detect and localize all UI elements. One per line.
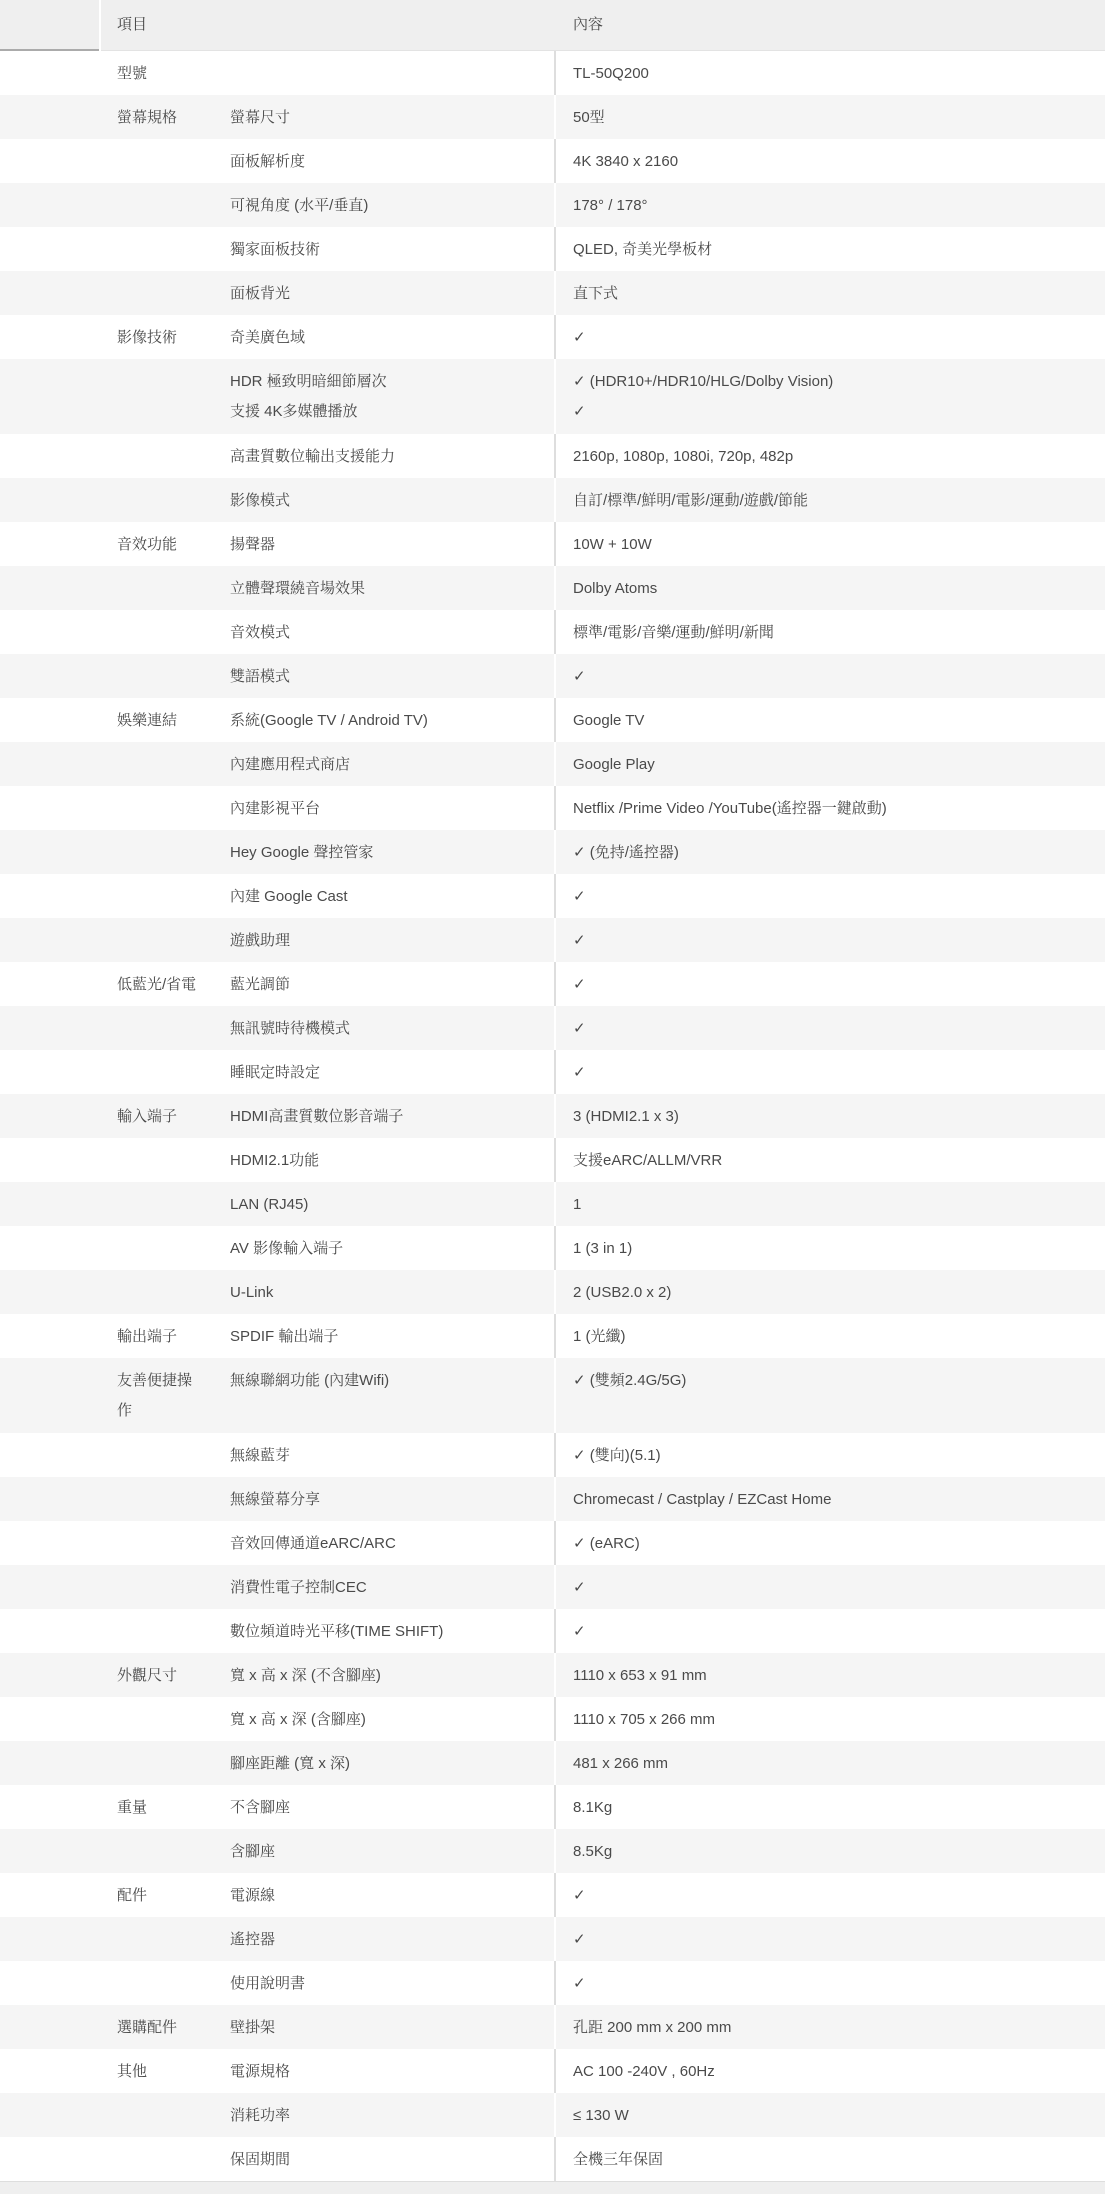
row-right-cell: 2160p, 1080p, 1080i, 720p, 482p	[554, 434, 1105, 478]
row-category: 其他	[117, 2061, 230, 2082]
header-spacer-underline	[0, 49, 99, 51]
spec-row: 消耗功率 ≤ 130 W	[0, 2093, 1105, 2137]
row-right-cell: 1 (光纖)	[554, 1314, 1105, 1358]
spec-row: 選購配件 壁掛架 孔距 200 mm x 200 mm	[0, 2005, 1105, 2049]
spec-table-header: 項目 內容	[0, 0, 1105, 51]
row-category: 娛樂連結	[117, 710, 230, 731]
row-right-cell: ✓	[554, 1917, 1105, 1961]
spec-row: 立體聲環繞音場效果 Dolby Atoms	[0, 566, 1105, 610]
row-right-cell: ✓	[554, 874, 1105, 918]
row-category: 輸入端子	[117, 1106, 230, 1127]
row-category: 選購配件	[117, 2017, 230, 2038]
row-value: 1110 x 705 x 266 mm	[573, 1709, 715, 1730]
spec-row: 遙控器 ✓	[0, 1917, 1105, 1961]
row-left-cell: HDR 極致明暗細節層次支援 4K多媒體播放	[0, 359, 554, 434]
row-item: 無線螢幕分享	[230, 1489, 554, 1510]
row-left-cell: 配件 電源線	[0, 1873, 554, 1917]
row-item: 內建影視平台	[230, 798, 554, 819]
row-value: 481 x 266 mm	[573, 1753, 668, 1774]
row-item: 系統(Google TV / Android TV)	[230, 710, 554, 731]
spec-row: 音效功能 揚聲器 10W + 10W	[0, 522, 1105, 566]
row-item: AV 影像輸入端子	[230, 1238, 554, 1259]
row-item: 無訊號時待機模式	[230, 1018, 554, 1039]
row-value-line1: ✓ (HDR10+/HDR10/HLG/Dolby Vision)	[573, 367, 833, 397]
row-left-cell: 寬 x 高 x 深 (含腳座)	[0, 1697, 554, 1741]
spec-row: 友善便捷操作 無線聯網功能 (內建Wifi) ✓ (雙頻2.4G/5G)	[0, 1358, 1105, 1433]
row-value: QLED, 奇美光學板材	[573, 239, 712, 260]
row-right-cell: ✓	[554, 654, 1105, 698]
row-right-cell: 50型	[554, 95, 1105, 139]
row-left-cell: 含腳座	[0, 1829, 554, 1873]
spec-row: 面板背光 直下式	[0, 271, 1105, 315]
row-value: Chromecast / Castplay / EZCast Home	[573, 1489, 831, 1510]
row-category: 低藍光/省電	[117, 974, 230, 995]
row-left-cell: 音效模式	[0, 610, 554, 654]
row-item: 消耗功率	[230, 2105, 554, 2126]
row-right-cell: 支援eARC/ALLM/VRR	[554, 1138, 1105, 1182]
row-left-cell: 使用說明書	[0, 1961, 554, 2005]
row-value: Google Play	[573, 754, 655, 775]
spec-row: 寬 x 高 x 深 (含腳座) 1110 x 705 x 266 mm	[0, 1697, 1105, 1741]
spec-table-body: 型號 TL-50Q200 螢幕規格 螢幕尺寸 50型 面板解析度 4K 3840…	[0, 51, 1105, 2181]
row-right-cell: 1110 x 653 x 91 mm	[554, 1653, 1105, 1697]
spec-row: 消費性電子控制CEC ✓	[0, 1565, 1105, 1609]
row-item: 獨家面板技術	[230, 239, 554, 260]
row-category: 影像技術	[117, 327, 230, 348]
row-value: ✓	[573, 327, 586, 348]
spec-row: 無線螢幕分享 Chromecast / Castplay / EZCast Ho…	[0, 1477, 1105, 1521]
row-left-cell: LAN (RJ45)	[0, 1182, 554, 1226]
row-right-cell: ✓	[554, 1565, 1105, 1609]
row-left-cell: 無線螢幕分享	[0, 1477, 554, 1521]
row-left-cell: 遙控器	[0, 1917, 554, 1961]
spec-row: 低藍光/省電 藍光調節 ✓	[0, 962, 1105, 1006]
row-value: 1	[573, 1194, 581, 1215]
header-item-column-label: 項目	[117, 0, 147, 50]
row-value: ✓	[573, 930, 586, 951]
row-category: 型號	[117, 63, 230, 84]
spec-row: 音效模式 標準/電影/音樂/運動/鮮明/新聞	[0, 610, 1105, 654]
row-right-cell: Dolby Atoms	[554, 566, 1105, 610]
header-content-column-label: 內容	[573, 0, 603, 50]
spec-row: U-Link 2 (USB2.0 x 2)	[0, 1270, 1105, 1314]
row-item: 音效模式	[230, 622, 554, 643]
row-item: HDMI高畫質數位影音端子	[230, 1106, 554, 1127]
row-category: 外觀尺寸	[117, 1665, 230, 1686]
row-left-cell: 輸出端子 SPDIF 輸出端子	[0, 1314, 554, 1358]
row-right-cell: 全機三年保固	[554, 2137, 1105, 2181]
row-right-cell: ✓	[554, 1873, 1105, 1917]
row-right-cell: ✓	[554, 1609, 1105, 1653]
row-value: TL-50Q200	[573, 63, 649, 84]
row-left-cell: 無訊號時待機模式	[0, 1006, 554, 1050]
row-item: 睡眠定時設定	[230, 1062, 554, 1083]
row-item: 消費性電子控制CEC	[230, 1577, 554, 1598]
row-value: ✓ (HDR10+/HDR10/HLG/Dolby Vision)✓	[573, 367, 833, 427]
row-item: 立體聲環繞音場效果	[230, 578, 554, 599]
row-item: 壁掛架	[230, 2017, 554, 2038]
row-value: 50型	[573, 107, 605, 128]
row-left-cell: 外觀尺寸 寬 x 高 x 深 (不含腳座)	[0, 1653, 554, 1697]
spec-row: 內建應用程式商店 Google Play	[0, 742, 1105, 786]
row-category: 輸出端子	[117, 1326, 230, 1347]
row-value: ≤ 130 W	[573, 2105, 629, 2126]
row-item: 數位頻道時光平移(TIME SHIFT)	[230, 1621, 554, 1642]
row-left-cell: 高畫質數位輸出支援能力	[0, 434, 554, 478]
row-left-cell: 內建影視平台	[0, 786, 554, 830]
row-item: 藍光調節	[230, 974, 554, 995]
row-item: 螢幕尺寸	[230, 107, 554, 128]
row-value: 3 (HDMI2.1 x 3)	[573, 1106, 679, 1127]
row-item: 寬 x 高 x 深 (不含腳座)	[230, 1665, 554, 1686]
row-value: 1 (光纖)	[573, 1326, 626, 1347]
spec-row: 可視角度 (水平/垂直) 178° / 178°	[0, 183, 1105, 227]
row-right-cell: ✓ (免持/遙控器)	[554, 830, 1105, 874]
row-right-cell: 3 (HDMI2.1 x 3)	[554, 1094, 1105, 1138]
spec-row: 螢幕規格 螢幕尺寸 50型	[0, 95, 1105, 139]
row-item: 面板解析度	[230, 151, 554, 172]
row-item: 電源規格	[230, 2061, 554, 2082]
row-item: 遊戲助理	[230, 930, 554, 951]
row-value: 10W + 10W	[573, 534, 652, 555]
row-item: HDMI2.1功能	[230, 1150, 554, 1171]
row-value: 8.5Kg	[573, 1841, 612, 1862]
row-value: ✓	[573, 1018, 586, 1039]
row-right-cell: 孔距 200 mm x 200 mm	[554, 2005, 1105, 2049]
row-value: Google TV	[573, 710, 644, 731]
row-value: ✓	[573, 1062, 586, 1083]
row-right-cell: ✓	[554, 1050, 1105, 1094]
row-item: 遙控器	[230, 1929, 554, 1950]
row-item-line1: HDR 極致明暗細節層次	[230, 367, 542, 397]
spec-row: 腳座距離 (寬 x 深) 481 x 266 mm	[0, 1741, 1105, 1785]
row-item: U-Link	[230, 1282, 554, 1303]
row-right-cell: 481 x 266 mm	[554, 1741, 1105, 1785]
row-right-cell: 8.5Kg	[554, 1829, 1105, 1873]
bottom-section-strip	[0, 2181, 1105, 2194]
row-left-cell: 影像技術 奇美廣色域	[0, 315, 554, 359]
row-right-cell: TL-50Q200	[554, 51, 1105, 95]
row-left-cell: 音效回傳通道eARC/ARC	[0, 1521, 554, 1565]
row-right-cell: ✓ (雙頻2.4G/5G)	[554, 1358, 1105, 1433]
row-left-cell: U-Link	[0, 1270, 554, 1314]
row-item: 腳座距離 (寬 x 深)	[230, 1753, 554, 1774]
row-value: Dolby Atoms	[573, 578, 657, 599]
row-left-cell: 消耗功率	[0, 2093, 554, 2137]
row-item: 寬 x 高 x 深 (含腳座)	[230, 1709, 554, 1730]
row-value: 支援eARC/ALLM/VRR	[573, 1150, 722, 1171]
spec-row: 配件 電源線 ✓	[0, 1873, 1105, 1917]
row-right-cell: ✓	[554, 962, 1105, 1006]
spec-row: 保固期間 全機三年保固	[0, 2137, 1105, 2181]
spec-row: 獨家面板技術 QLED, 奇美光學板材	[0, 227, 1105, 271]
row-value: 178° / 178°	[573, 195, 648, 216]
row-left-cell: 無線藍芽	[0, 1433, 554, 1477]
row-value: ✓ (雙頻2.4G/5G)	[573, 1366, 686, 1396]
row-value: AC 100 -240V , 60Hz	[573, 2061, 715, 2082]
spec-row: 外觀尺寸 寬 x 高 x 深 (不含腳座) 1110 x 653 x 91 mm	[0, 1653, 1105, 1697]
spec-row: HDR 極致明暗細節層次支援 4K多媒體播放 ✓ (HDR10+/HDR10/H…	[0, 359, 1105, 434]
row-right-cell: 4K 3840 x 2160	[554, 139, 1105, 183]
spec-row: 雙語模式 ✓	[0, 654, 1105, 698]
row-value: ✓	[573, 974, 586, 995]
row-item: 使用說明書	[230, 1973, 554, 1994]
row-value: ✓	[573, 886, 586, 907]
row-value: 直下式	[573, 283, 618, 304]
row-left-cell: 型號	[0, 51, 554, 95]
row-left-cell: 選購配件 壁掛架	[0, 2005, 554, 2049]
row-right-cell: ✓	[554, 315, 1105, 359]
row-left-cell: 面板背光	[0, 271, 554, 315]
row-category: 配件	[117, 1885, 230, 1906]
row-value: 8.1Kg	[573, 1797, 612, 1818]
row-right-cell: 直下式	[554, 271, 1105, 315]
row-right-cell: 1	[554, 1182, 1105, 1226]
row-left-cell: 輸入端子 HDMI高畫質數位影音端子	[0, 1094, 554, 1138]
row-right-cell: ✓	[554, 918, 1105, 962]
row-left-cell: 音效功能 揚聲器	[0, 522, 554, 566]
row-item: 面板背光	[230, 283, 554, 304]
row-value: ✓ (免持/遙控器)	[573, 842, 679, 863]
row-value: 全機三年保固	[573, 2149, 663, 2170]
row-value: 4K 3840 x 2160	[573, 151, 678, 172]
spec-row: 無訊號時待機模式 ✓	[0, 1006, 1105, 1050]
row-right-cell: 178° / 178°	[554, 183, 1105, 227]
row-value: ✓ (eARC)	[573, 1533, 640, 1554]
row-item: LAN (RJ45)	[230, 1194, 554, 1215]
row-left-cell: AV 影像輸入端子	[0, 1226, 554, 1270]
row-category: 重量	[117, 1797, 230, 1818]
row-item: 揚聲器	[230, 534, 554, 555]
row-category: 螢幕規格	[117, 107, 230, 128]
row-right-cell: Google TV	[554, 698, 1105, 742]
row-item: 無線聯網功能 (內建Wifi)	[230, 1366, 554, 1396]
row-left-cell: 低藍光/省電 藍光調節	[0, 962, 554, 1006]
row-right-cell: ✓ (HDR10+/HDR10/HLG/Dolby Vision)✓	[554, 359, 1105, 434]
row-value: 自訂/標準/鮮明/電影/運動/遊戲/節能	[573, 490, 808, 511]
spec-row: 重量 不含腳座 8.1Kg	[0, 1785, 1105, 1829]
row-left-cell: 內建應用程式商店	[0, 742, 554, 786]
row-value: 標準/電影/音樂/運動/鮮明/新聞	[573, 622, 774, 643]
row-value: 孔距 200 mm x 200 mm	[573, 2017, 731, 2038]
row-left-cell: 數位頻道時光平移(TIME SHIFT)	[0, 1609, 554, 1653]
row-left-cell: 友善便捷操作 無線聯網功能 (內建Wifi)	[0, 1358, 554, 1433]
row-right-cell: 2 (USB2.0 x 2)	[554, 1270, 1105, 1314]
row-item: 含腳座	[230, 1841, 554, 1862]
row-item: Hey Google 聲控管家	[230, 842, 554, 863]
spec-row: 睡眠定時設定 ✓	[0, 1050, 1105, 1094]
row-item-line2: 支援 4K多媒體播放	[230, 397, 542, 427]
row-item: 奇美廣色域	[230, 327, 554, 348]
row-right-cell: 10W + 10W	[554, 522, 1105, 566]
row-left-cell: 獨家面板技術	[0, 227, 554, 271]
spec-row: 娛樂連結 系統(Google TV / Android TV) Google T…	[0, 698, 1105, 742]
row-left-cell: 雙語模式	[0, 654, 554, 698]
row-left-cell: 保固期間	[0, 2137, 554, 2181]
row-right-cell: ✓ (雙向)(5.1)	[554, 1433, 1105, 1477]
row-value: ✓	[573, 1577, 586, 1598]
row-item: HDR 極致明暗細節層次支援 4K多媒體播放	[230, 367, 554, 427]
spec-page: 項目 內容 型號 TL-50Q200 螢幕規格 螢幕尺寸 50型 面板解析度 4…	[0, 0, 1105, 2194]
spec-row: 其他 電源規格 AC 100 -240V , 60Hz	[0, 2049, 1105, 2093]
row-value: ✓ (雙向)(5.1)	[573, 1445, 661, 1466]
row-right-cell: Google Play	[554, 742, 1105, 786]
row-item: 無線藍芽	[230, 1445, 554, 1466]
row-value: ✓	[573, 1621, 586, 1642]
row-right-cell: ✓	[554, 1006, 1105, 1050]
row-left-cell: 內建 Google Cast	[0, 874, 554, 918]
spec-row: 無線藍芽 ✓ (雙向)(5.1)	[0, 1433, 1105, 1477]
row-right-cell: 8.1Kg	[554, 1785, 1105, 1829]
row-right-cell: 標準/電影/音樂/運動/鮮明/新聞	[554, 610, 1105, 654]
row-value: ✓	[573, 1973, 586, 1994]
spec-row: 內建影視平台 Netflix /Prime Video /YouTube(遙控器…	[0, 786, 1105, 830]
row-left-cell: 腳座距離 (寬 x 深)	[0, 1741, 554, 1785]
row-left-cell: 立體聲環繞音場效果	[0, 566, 554, 610]
row-value: ✓	[573, 1885, 586, 1906]
row-left-cell: Hey Google 聲控管家	[0, 830, 554, 874]
spec-row: 內建 Google Cast ✓	[0, 874, 1105, 918]
row-value: 2160p, 1080p, 1080i, 720p, 482p	[573, 446, 793, 467]
row-item: 保固期間	[230, 2149, 554, 2170]
row-item: 影像模式	[230, 490, 554, 511]
row-item: 雙語模式	[230, 666, 554, 687]
row-value: ✓	[573, 666, 586, 687]
row-right-cell: Chromecast / Castplay / EZCast Home	[554, 1477, 1105, 1521]
row-item: 可視角度 (水平/垂直)	[230, 195, 554, 216]
row-right-cell: ✓	[554, 1961, 1105, 2005]
spec-row: 影像模式 自訂/標準/鮮明/電影/運動/遊戲/節能	[0, 478, 1105, 522]
spec-row: 含腳座 8.5Kg	[0, 1829, 1105, 1873]
spec-row: 數位頻道時光平移(TIME SHIFT) ✓	[0, 1609, 1105, 1653]
row-left-cell: 消費性電子控制CEC	[0, 1565, 554, 1609]
row-right-cell: 1110 x 705 x 266 mm	[554, 1697, 1105, 1741]
row-item: 內建應用程式商店	[230, 754, 554, 775]
row-item: 音效回傳通道eARC/ARC	[230, 1533, 554, 1554]
spec-row: 影像技術 奇美廣色域 ✓	[0, 315, 1105, 359]
row-left-cell: 娛樂連結 系統(Google TV / Android TV)	[0, 698, 554, 742]
row-right-cell: 1 (3 in 1)	[554, 1226, 1105, 1270]
row-left-cell: 面板解析度	[0, 139, 554, 183]
spec-row: 輸出端子 SPDIF 輸出端子 1 (光纖)	[0, 1314, 1105, 1358]
row-category: 音效功能	[117, 534, 230, 555]
row-left-cell: 睡眠定時設定	[0, 1050, 554, 1094]
row-item: 電源線	[230, 1885, 554, 1906]
spec-row: 遊戲助理 ✓	[0, 918, 1105, 962]
row-value: Netflix /Prime Video /YouTube(遙控器一鍵啟動)	[573, 798, 887, 819]
spec-row: 音效回傳通道eARC/ARC ✓ (eARC)	[0, 1521, 1105, 1565]
row-left-cell: 遊戲助理	[0, 918, 554, 962]
row-left-cell: 影像模式	[0, 478, 554, 522]
spec-row: AV 影像輸入端子 1 (3 in 1)	[0, 1226, 1105, 1270]
row-item: 高畫質數位輸出支援能力	[230, 446, 554, 467]
row-value: 2 (USB2.0 x 2)	[573, 1282, 671, 1303]
row-right-cell: Netflix /Prime Video /YouTube(遙控器一鍵啟動)	[554, 786, 1105, 830]
header-spacer-gap	[99, 0, 101, 51]
spec-row: 輸入端子 HDMI高畫質數位影音端子 3 (HDMI2.1 x 3)	[0, 1094, 1105, 1138]
spec-row: LAN (RJ45) 1	[0, 1182, 1105, 1226]
row-category: 友善便捷操作	[117, 1366, 230, 1426]
row-left-cell: 可視角度 (水平/垂直)	[0, 183, 554, 227]
row-value-line2: ✓	[573, 397, 833, 427]
row-right-cell: QLED, 奇美光學板材	[554, 227, 1105, 271]
row-right-cell: 自訂/標準/鮮明/電影/運動/遊戲/節能	[554, 478, 1105, 522]
row-value: ✓	[573, 1929, 586, 1950]
spec-row: 高畫質數位輸出支援能力 2160p, 1080p, 1080i, 720p, 4…	[0, 434, 1105, 478]
spec-row: Hey Google 聲控管家 ✓ (免持/遙控器)	[0, 830, 1105, 874]
row-value: 1110 x 653 x 91 mm	[573, 1665, 707, 1686]
row-left-cell: 其他 電源規格	[0, 2049, 554, 2093]
spec-row: HDMI2.1功能 支援eARC/ALLM/VRR	[0, 1138, 1105, 1182]
spec-row: 型號 TL-50Q200	[0, 51, 1105, 95]
row-right-cell: ≤ 130 W	[554, 2093, 1105, 2137]
row-item: 不含腳座	[230, 1797, 554, 1818]
row-right-cell: AC 100 -240V , 60Hz	[554, 2049, 1105, 2093]
row-right-cell: ✓ (eARC)	[554, 1521, 1105, 1565]
row-item: SPDIF 輸出端子	[230, 1326, 554, 1347]
spec-row: 面板解析度 4K 3840 x 2160	[0, 139, 1105, 183]
row-left-cell: HDMI2.1功能	[0, 1138, 554, 1182]
spec-row: 使用說明書 ✓	[0, 1961, 1105, 2005]
row-item: 內建 Google Cast	[230, 886, 554, 907]
row-left-cell: 螢幕規格 螢幕尺寸	[0, 95, 554, 139]
row-value: 1 (3 in 1)	[573, 1238, 632, 1259]
row-left-cell: 重量 不含腳座	[0, 1785, 554, 1829]
